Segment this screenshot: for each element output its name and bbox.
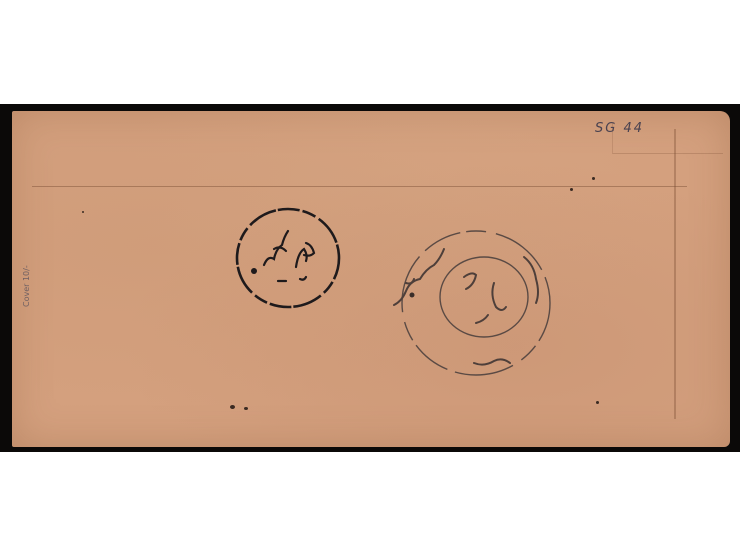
side-flap-edge (674, 129, 676, 419)
right-postmark (384, 223, 554, 383)
envelope-back: SG 44 Cover 10/- (12, 111, 730, 447)
catalogue-note: SG 44 (595, 121, 644, 136)
left-postmark (234, 205, 344, 311)
side-pencil-note: Cover 10/- (22, 265, 31, 307)
fold-line (32, 186, 687, 187)
